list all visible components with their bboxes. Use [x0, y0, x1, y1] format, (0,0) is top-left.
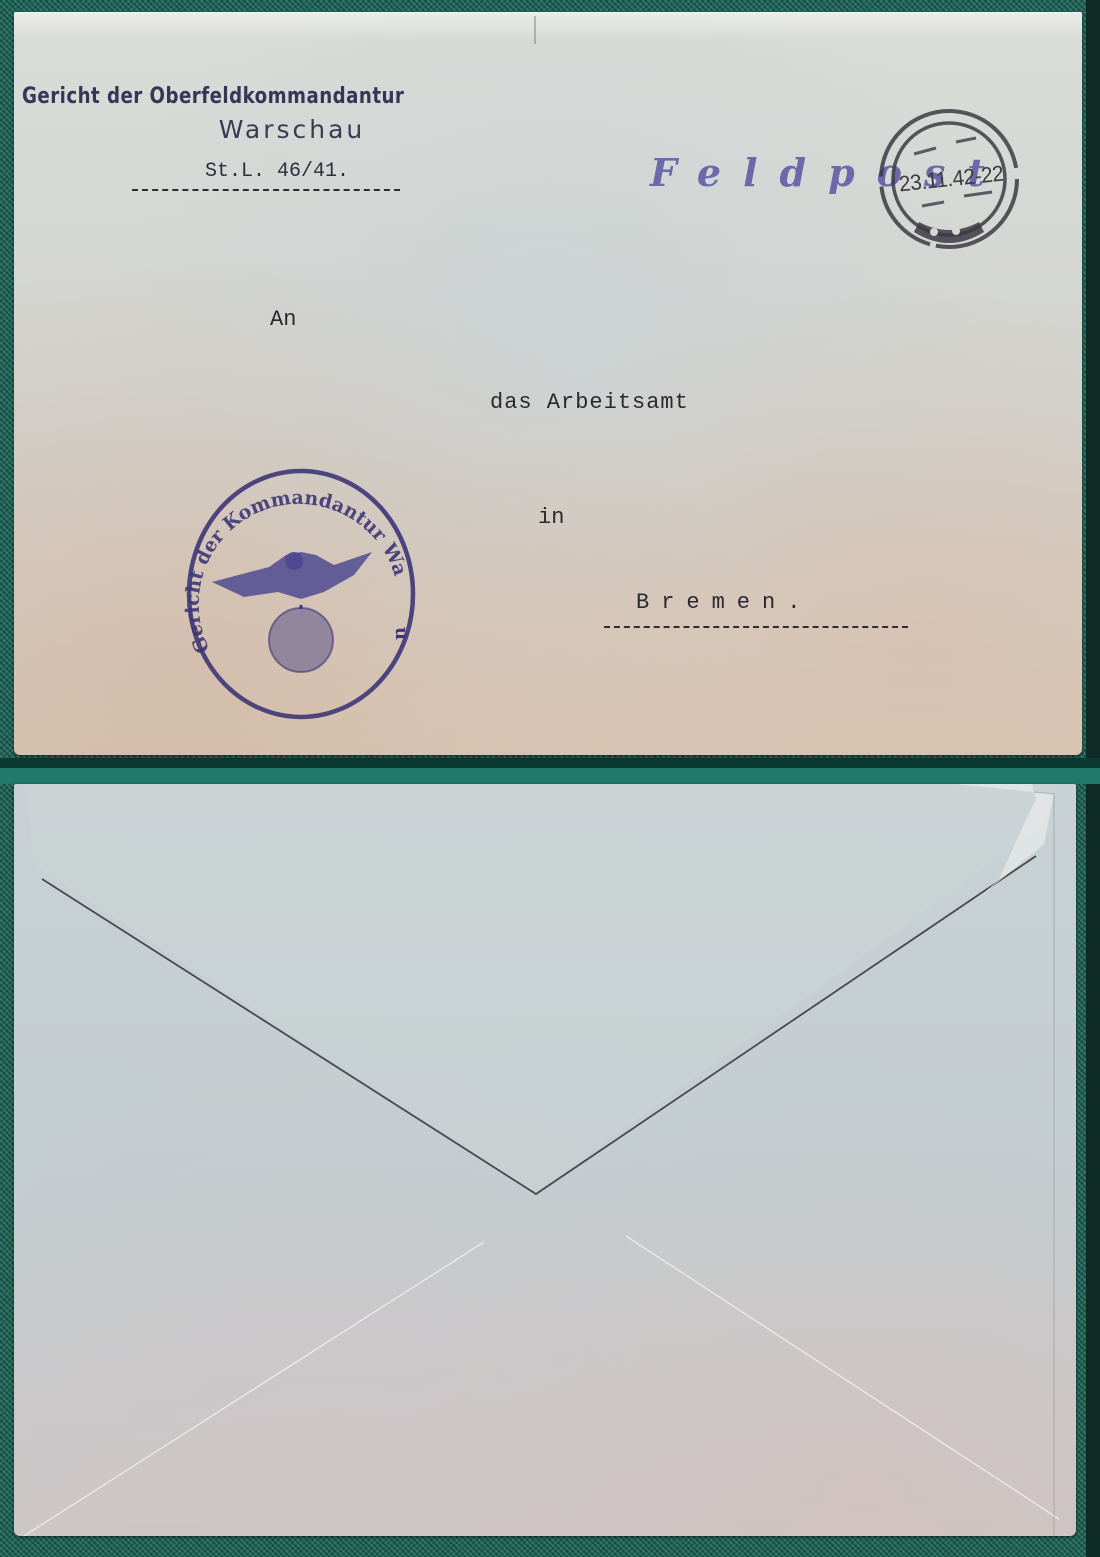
recipient-name: das Arbeitsamt: [490, 390, 689, 415]
sender-underline: [132, 189, 400, 191]
city-underline: [604, 626, 908, 628]
official-seal: Gericht der Kommandantur Wa u: [174, 457, 429, 727]
recipient-prefix: An: [270, 307, 296, 332]
sender-reference: St.L. 46/41.: [32, 160, 522, 183]
postmark: 23.11.42-22: [874, 104, 1024, 254]
recipient-preposition: in: [538, 505, 564, 530]
envelope-flap-lines: [14, 784, 1076, 1536]
envelope-back: [14, 784, 1076, 1536]
envelope-front: Gericht der Oberfeldkommandantur Warscha…: [14, 12, 1082, 755]
sender-court-name: Gericht der Oberfeldkommandantur: [22, 84, 482, 109]
sender-block: Gericht der Oberfeldkommandantur Warscha…: [22, 84, 522, 191]
sender-city: Warschau: [62, 115, 522, 144]
paper-tear: [534, 16, 536, 44]
recipient-city: Bremen.: [636, 590, 812, 615]
eagle-seal-icon: Gericht der Kommandantur Wa u: [174, 457, 429, 727]
background-divider: [0, 758, 1100, 784]
svg-text:u: u: [391, 627, 412, 640]
